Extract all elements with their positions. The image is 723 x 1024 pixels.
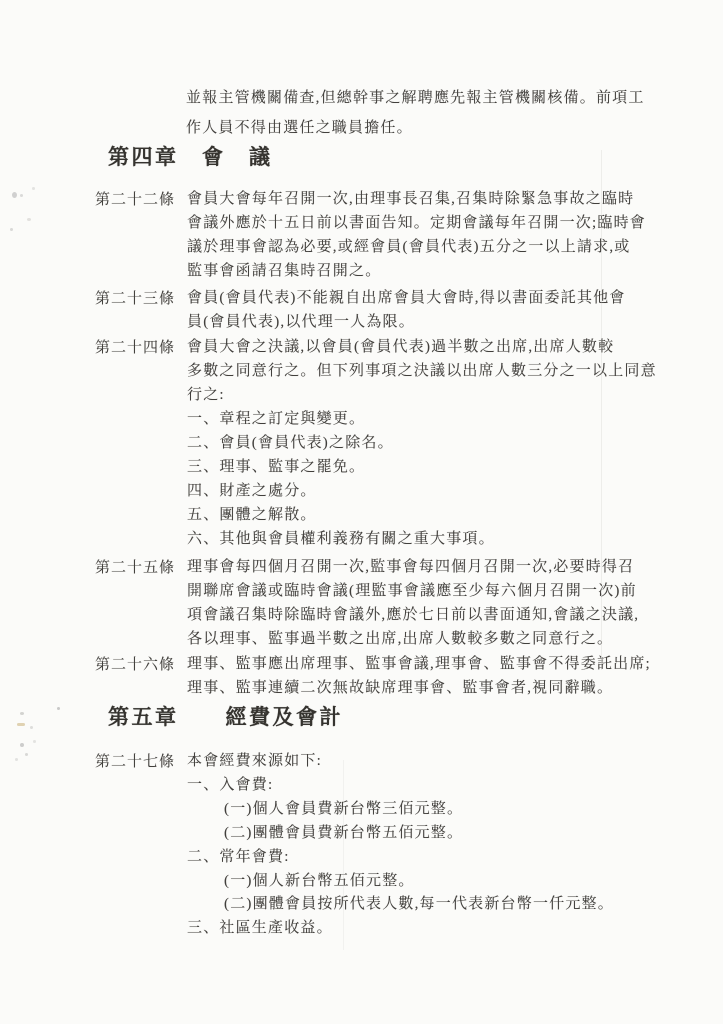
text-line: 會員(會員代表)不能親自出席會員大會時,得以書面委託其他會 <box>187 287 626 311</box>
article-22-label: 第二十二條 <box>95 188 175 209</box>
text-line: 多數之同意行之。但下列事項之決議以出席人數三分之一以上同意 <box>187 360 657 384</box>
margin-smudge <box>12 192 17 198</box>
list-subitem: (二)團體會員按所代表人數,每一代表新台幣一仟元整。 <box>187 893 614 917</box>
margin-smudge <box>15 758 18 761</box>
text-line: 監事會函請召集時召開之。 <box>187 260 646 284</box>
text-line: 開聯席會議或臨時會議(理監事會議應至少每六個月召開一次)前 <box>187 580 639 604</box>
chapter-5-heading: 第五章 經費及會計 <box>108 701 343 731</box>
text-line: 會員大會每年召開一次,由理事長召集,召集時除緊急事故之臨時 <box>187 188 646 212</box>
text-line: 員(會員代表),以代理一人為限。 <box>187 311 626 335</box>
article-23-label: 第二十三條 <box>95 287 175 308</box>
margin-smudge <box>57 707 60 710</box>
text-line: 行之: <box>187 384 657 408</box>
text-line: 會員大會之決議,以會員(會員代表)過半數之出席,出席人數較 <box>187 336 657 360</box>
scan-streak <box>343 760 344 950</box>
scan-streak <box>601 150 602 670</box>
list-subitem: (二)團體會員費新台幣五佰元整。 <box>187 822 614 846</box>
text-line: 理事、監事連續二次無故缺席理事會、監事會者,視同辭職。 <box>187 677 651 701</box>
list-item: 五、團體之解散。 <box>187 504 495 528</box>
scanned-document-page: 並報主管機關備查,但總幹事之解聘應先報主管機關核備。前項工 作人員不得由選任之職… <box>0 0 723 1024</box>
list-item: 二、常年會費: <box>187 846 614 870</box>
text-line: 議於理事會認為必要,或經會員(會員代表)五分之一以上請求,或 <box>187 236 646 260</box>
continuation-paragraph: 並報主管機關備查,但總幹事之解聘應先報主管機關核備。前項工 作人員不得由選任之職… <box>186 83 645 143</box>
article-24-list-body: 一、章程之訂定與變更。 二、會員(會員代表)之除名。 三、理事、監事之罷免。 四… <box>187 408 495 551</box>
list-subitem: (一)個人會員費新台幣三佰元整。 <box>187 798 614 822</box>
list-subitem: (一)個人新台幣五佰元整。 <box>187 870 614 894</box>
article-25-body: 理事會每四個月召開一次,監事會每四個月召開一次,必要時得召 開聯席會議或臨時會議… <box>187 556 639 652</box>
margin-smudge <box>30 726 33 729</box>
list-item: 三、理事、監事之罷免。 <box>187 456 495 480</box>
text-line: 並報主管機關備查,但總幹事之解聘應先報主管機關核備。前項工 <box>186 83 645 113</box>
list-item: 三、社區生產收益。 <box>187 917 614 941</box>
list-item: 一、入會費: <box>187 774 614 798</box>
article-25-label: 第二十五條 <box>95 556 175 577</box>
margin-smudge <box>20 743 24 747</box>
margin-smudge <box>20 712 24 715</box>
article-23-body: 會員(會員代表)不能親自出席會員大會時,得以書面委託其他會 員(會員代表),以代… <box>187 287 626 335</box>
text-line: 會議外應於十五日前以書面告知。定期會議每年召開一次;臨時會 <box>187 212 646 236</box>
text-line: 作人員不得由選任之職員擔任。 <box>186 113 645 143</box>
list-item: 四、財產之處分。 <box>187 480 495 504</box>
margin-smudge <box>33 740 36 743</box>
margin-smudge <box>25 753 28 756</box>
margin-smudge <box>27 218 31 221</box>
list-item: 六、其他與會員權利義務有關之重大事項。 <box>187 528 495 552</box>
text-line: 各以理事、監事過半數之出席,出席人數較多數之同意行之。 <box>187 628 639 652</box>
article-27-label: 第二十七條 <box>95 750 175 771</box>
article-24-label: 第二十四條 <box>95 336 175 357</box>
text-line: 理事會每四個月召開一次,監事會每四個月召開一次,必要時得召 <box>187 556 639 580</box>
margin-smudge <box>20 194 23 197</box>
article-22-body: 會員大會每年召開一次,由理事長召集,召集時除緊急事故之臨時 會議外應於十五日前以… <box>187 188 646 284</box>
text-line: 理事、監事應出席理事、監事會議,理事會、監事會不得委託出席; <box>187 653 651 677</box>
text-line: 本會經費來源如下: <box>187 750 614 774</box>
margin-smudge <box>32 187 35 190</box>
article-26-body: 理事、監事應出席理事、監事會議,理事會、監事會不得委託出席; 理事、監事連續二次… <box>187 653 651 701</box>
margin-smudge <box>17 723 25 726</box>
list-item: 二、會員(會員代表)之除名。 <box>187 432 495 456</box>
article-27-body: 本會經費來源如下: 一、入會費: (一)個人會員費新台幣三佰元整。 (二)團體會… <box>187 750 614 941</box>
text-line: 項會議召集時除臨時會議外,應於七日前以書面通知,會議之決議, <box>187 604 639 628</box>
margin-smudge <box>10 228 13 231</box>
chapter-4-heading: 第四章 會 議 <box>108 141 273 171</box>
article-26-label: 第二十六條 <box>95 653 175 674</box>
list-item: 一、章程之訂定與變更。 <box>187 408 495 432</box>
article-24-body: 會員大會之決議,以會員(會員代表)過半數之出席,出席人數較 多數之同意行之。但下… <box>187 336 657 408</box>
